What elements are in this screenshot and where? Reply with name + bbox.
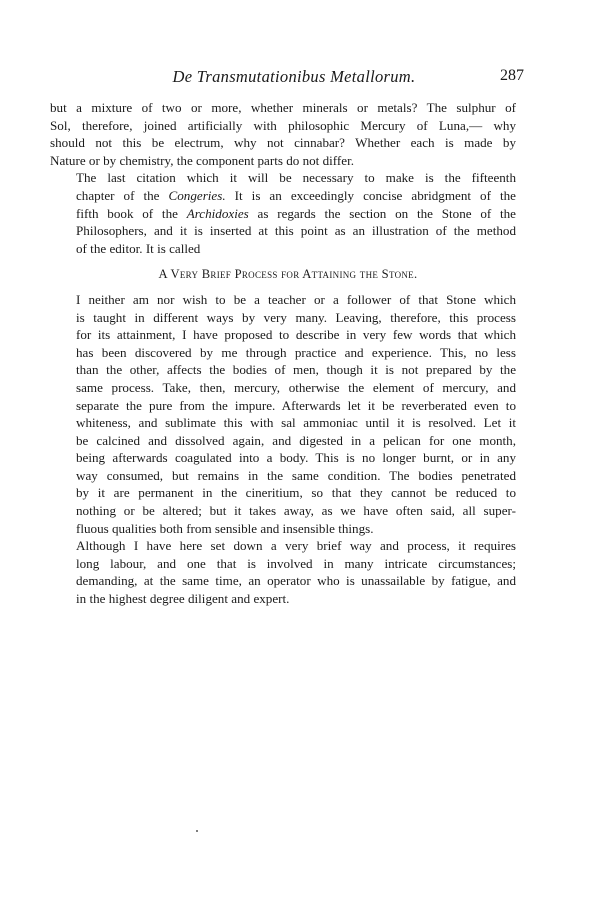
text-line: same process. Take, then, mercury, other… [50,379,516,397]
title-congeries: Congeries. [169,188,226,203]
body-text: but a mixture of two or more, whether mi… [50,99,516,608]
text-line: than the other, affects the bodies of me… [50,361,516,379]
text-line: Sol, therefore, joined artificially with… [50,117,516,135]
text-line: be calcined and dissolved again, and dig… [50,432,516,450]
text-line: Although I have here set down a very bri… [50,537,516,555]
text-line: Philosophers, and it is inserted at this… [50,222,516,240]
text-line: The last citation which it will be neces… [50,169,516,187]
text-line: in the highest degree diligent and exper… [50,590,516,608]
paragraph-conclusion: Although I have here set down a very bri… [50,537,516,607]
paragraph-process: I neither am nor wish to be a teacher or… [50,291,516,537]
paragraph-continuation: but a mixture of two or more, whether mi… [50,99,516,169]
running-title: De Transmutationibus Metallorum. [50,67,516,87]
text-fragment: It is an exceedingly concise abridgment … [226,188,516,203]
text-line: separate the pure from the impure. After… [50,397,516,415]
book-page: De Transmutationibus Metallorum. 287 but… [0,0,591,920]
text-line: has been discovered by me through practi… [50,344,516,362]
text-line: fifth book of the Archidoxies as regards… [50,205,516,223]
text-fragment: as regards the section on the Stone of t… [249,206,516,221]
text-line: way consumed, but remains in the same co… [50,467,516,485]
title-archidoxies: Archidoxies [187,206,249,221]
text-line: demanding, at the same time, an operator… [50,572,516,590]
text-line: long labour, and one that is involved in… [50,555,516,573]
print-speck [196,830,198,832]
text-line: for its attainment, I have proposed to d… [50,326,516,344]
page-number: 287 [500,67,524,85]
text-line: whiteness, and sublimate this with sal a… [50,414,516,432]
text-line: by it are permanent in the cineritium, s… [50,484,516,502]
text-line: being afterwards coagulated into a body.… [50,449,516,467]
text-line: but a mixture of two or more, whether mi… [50,99,516,117]
text-line: I neither am nor wish to be a teacher or… [50,291,516,309]
text-line: is taught in different ways by very many… [50,309,516,327]
text-fragment: fifth book of the [76,206,187,221]
text-line: Nature or by chemistry, the component pa… [50,152,516,170]
running-head: De Transmutationibus Metallorum. 287 [50,67,516,91]
text-line: chapter of the Congeries. It is an excee… [50,187,516,205]
paragraph-citation: The last citation which it will be neces… [50,169,516,257]
text-line: should not this be electrum, why not cin… [50,134,516,152]
text-line: nothing or be altered; but it takes away… [50,502,516,520]
text-fragment: chapter of the [76,188,169,203]
text-line: fluous qualities both from sensible and … [50,520,516,538]
section-heading: A Very Brief Process for Attaining the S… [50,266,516,284]
text-line: of the editor. It is called [50,240,516,258]
